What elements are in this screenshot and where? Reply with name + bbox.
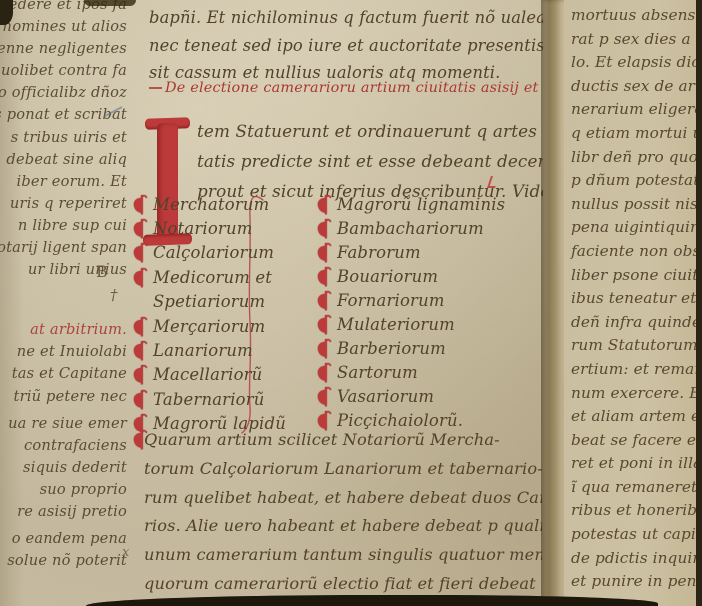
capitulum-mark-icon: [316, 290, 331, 311]
guild-name: Mulateriorum: [337, 315, 455, 334]
margin-line-fragment: ne et Inuiolabi: [0, 341, 127, 363]
right-page-line-fragment: libr deñ pro quolibet ipo: [571, 146, 702, 170]
margin-line-fragment: suo proprio: [0, 479, 127, 501]
guild-list-item: Sartorum: [316, 360, 526, 384]
guild-list-item: Merçariorum: [132, 314, 314, 338]
guild-list-item: Mulateriorum: [316, 312, 526, 336]
capitulum-mark-icon: [132, 242, 147, 263]
right-page-line-fragment: rum Statutorum se: [571, 334, 702, 358]
capitulum-mark-icon: [132, 267, 147, 288]
guild-name: Sartorum: [337, 363, 418, 382]
capitulum-mark-icon: [316, 242, 331, 263]
margin-line-fragment: tas et Capitane: [0, 363, 127, 385]
next-page-edge: mortuus absens ut exul rat p sex dies a …: [564, 0, 702, 606]
guild-name: Merchatorum: [153, 195, 269, 214]
right-page-line-fragment: liber psone ciuitatis as: [571, 264, 702, 288]
guild-list-item: Fornariorum: [316, 288, 526, 312]
photo-right-edge: [696, 0, 702, 606]
guild-list-item: Merchatorum: [132, 192, 314, 216]
guild-name: Fornariorum: [337, 291, 445, 310]
capitulum-mark-icon: [132, 316, 147, 337]
margin-line-fragment: debeat sine aliq: [0, 149, 127, 171]
right-page-line-fragment: faciente non obstante: [571, 240, 702, 264]
right-page-line-fragment: ret et poni in illa arte: [571, 452, 702, 476]
margin-line-fragment: o officialibz dñoz: [0, 82, 127, 104]
margin-line-fragment: triũ petere nec: [0, 386, 127, 408]
capitulum-mark-icon: [316, 338, 331, 359]
guild-name: Bouariorum: [337, 267, 438, 286]
guild-name: Lanariorum: [153, 341, 253, 360]
guild-list-item: Bambachariorum: [316, 216, 526, 240]
page-gutter: [541, 0, 564, 606]
right-page-line-fragment: deñ infra quindecim: [571, 311, 702, 335]
right-page-line-fragment: p dñum potestatem ut c: [571, 169, 702, 193]
right-page-line-fragment: ribus et honeribus pu: [571, 499, 702, 523]
closing-paragraph: bapñi. Et nichilominus q factum fuerit n…: [149, 4, 543, 87]
margin-line-fragment: iber eorum. Et: [0, 171, 127, 193]
capitulum-mark-icon: [132, 340, 147, 361]
right-page-line-fragment: lo. Et elapsis dictis sex: [571, 51, 702, 75]
margin-line-fragment: homines ut alios: [0, 16, 127, 38]
guild-name: Fabrorum: [337, 243, 421, 262]
capitulum-mark-icon: [316, 362, 331, 383]
margin-line-fragment: n libre sup cui: [0, 215, 127, 237]
capitulum-mark-icon: [316, 386, 331, 407]
text-line: tatis predicte sint et esse debeant dece…: [197, 146, 543, 176]
right-page-line-fragment: ĩ qua remaneret descr: [571, 476, 702, 500]
right-page-line-fragment: nullus possit nisi p una: [571, 193, 702, 217]
right-page-line-fragment: num exercere. Et si: [571, 382, 702, 406]
guild-name: Barberiorum: [337, 339, 446, 358]
guild-list-item: Medicorum et: [132, 265, 314, 289]
marginal-letter-b: B: [96, 262, 108, 281]
guild-list-item: Bouariorum: [316, 264, 526, 288]
capitulum-mark-icon: [316, 266, 331, 287]
guild-name: Calçolariorum: [153, 243, 274, 262]
margin-line-fragment: contrafaciens: [0, 435, 127, 457]
right-page-line-fragment: et aliam artem exerce: [571, 405, 702, 429]
guild-list-item: Notariorum: [132, 216, 314, 240]
marginal-x-mark: x: [122, 545, 129, 560]
text-line: Quarum artium scilicet Notariorũ Mercha-: [132, 426, 542, 455]
guild-name: Notariorum: [153, 219, 252, 238]
right-page-line-fragment: de pdictis inquirere: [571, 547, 702, 571]
text-line: rum quelibet habeat, et habere debeat du…: [132, 484, 542, 513]
right-page-line-fragment: pena uigintiquinq libr: [571, 216, 702, 240]
margin-line-fragment: solue nõ poterit: [0, 550, 127, 572]
guild-list-left-column: Merchatorum Notariorum Calçolariorum Med…: [132, 192, 314, 436]
margin-line-fragment: o eandem pena: [0, 528, 127, 550]
capitulum-mark-icon: [316, 194, 331, 215]
right-page-line-fragment: ibus teneatur et debea: [571, 287, 702, 311]
margin-line-fragment: enne negligentes: [0, 38, 127, 60]
guild-list-item: Barberiorum: [316, 336, 526, 360]
guild-list-item: Vasariorum: [316, 384, 526, 408]
right-page-line-fragment: beat se facere eleuari: [571, 429, 702, 453]
marginal-cross-mark: †: [110, 286, 118, 304]
text-line: rios. Alie uero habeant et habere debeat…: [132, 512, 542, 541]
guild-list-item: Magrorũ lignaminis: [316, 192, 526, 216]
text-line: torum Calçolariorum Lanariorum et tabern…: [132, 455, 542, 484]
manuscript-photo: edere et ipos fa homines ut alios enne n…: [0, 0, 702, 606]
margin-line-fragment: siquis dederit: [0, 457, 127, 479]
facing-page-edge: edere et ipos fa homines ut alios enne n…: [0, 0, 131, 606]
margin-line-fragment: uolibet contra fa: [0, 60, 127, 82]
margin-line-fragment: et notarij ligent span: [0, 237, 127, 259]
photo-top-smudge: [84, 0, 136, 6]
guild-list-item: Macellariorũ: [132, 363, 314, 387]
guild-name: Tabernariorũ: [153, 390, 265, 409]
margin-line-fragment: uris q reperiret: [0, 193, 127, 215]
right-page-line-fragment: mortuus absens ut exul: [571, 4, 702, 28]
guild-name: Merçariorum: [153, 317, 265, 336]
text-line: unum camerarium tantum singulis quatuor …: [132, 541, 542, 570]
right-page-line-list: mortuus absens ut exul rat p sex dies a …: [571, 4, 702, 594]
right-page-line-fragment: et punire in penis p: [571, 570, 702, 594]
capitulum-mark-icon: [132, 364, 147, 385]
right-page-line-fragment: ductis sex de arte pdicte: [571, 75, 702, 99]
red-rubric-heading: De electione camerarioru artium ciuitati…: [149, 80, 543, 96]
guild-list-item: Calçolariorum: [132, 241, 314, 265]
manuscript-page: bapñi. Et nichilominus q factum fuerit n…: [131, 0, 543, 606]
guild-name: Macellariorũ: [153, 365, 262, 384]
margin-line-list: edere et ipos fa homines ut alios enne n…: [0, 0, 127, 572]
right-page-line-fragment: ertium: et remaneat: [571, 358, 702, 382]
text-line: nec teneat sed ipo iure et auctoritate p…: [149, 32, 543, 60]
margin-line-fragment: at arbitrium.: [0, 319, 127, 341]
guild-name: Spetiariorum: [153, 292, 265, 311]
capitulum-mark-icon: [132, 218, 147, 239]
guild-name: Bambachariorum: [337, 219, 484, 238]
right-page-line-fragment: potestas ut capitaneus: [571, 523, 702, 547]
capitulum-mark-icon: [316, 314, 331, 335]
margin-line-fragment: ua re siue emer: [0, 413, 127, 435]
guild-name: Magrorũ lignaminis: [337, 195, 505, 214]
guild-name: Vasariorum: [337, 387, 434, 406]
text-line: tem Statuerunt et ordinauerunt q artes c…: [197, 116, 543, 146]
guild-list-item: Spetiariorum: [132, 290, 314, 314]
margin-line-fragment: ur libri unius: [0, 259, 127, 281]
guild-list-item: Tabernariorũ: [132, 387, 314, 411]
guild-list-right-column: Magrorũ lignaminis Bambachariorum Fabror…: [316, 192, 526, 432]
margin-line-fragment: re asisij pretio: [0, 501, 127, 523]
guild-list-item: Lanariorum: [132, 338, 314, 362]
capitulum-mark-icon: [132, 194, 147, 215]
guild-list-item: Fabrorum: [316, 240, 526, 264]
margin-line-fragment: s tribus uiris et: [0, 127, 127, 149]
camerarii-paragraph: Quarum artium scilicet Notariorũ Mercha-…: [132, 426, 542, 599]
right-page-line-fragment: nerarium eligere infra: [571, 98, 702, 122]
text-line: bapñi. Et nichilominus q factum fuerit n…: [149, 4, 543, 32]
guild-name: Medicorum et: [153, 268, 272, 287]
capitulum-mark-icon: [132, 389, 147, 410]
right-page-line-fragment: rat p sex dies a die extra: [571, 28, 702, 52]
right-page-line-fragment: q etiam mortui ut exhi: [571, 122, 702, 146]
capitulum-mark-icon: [316, 218, 331, 239]
